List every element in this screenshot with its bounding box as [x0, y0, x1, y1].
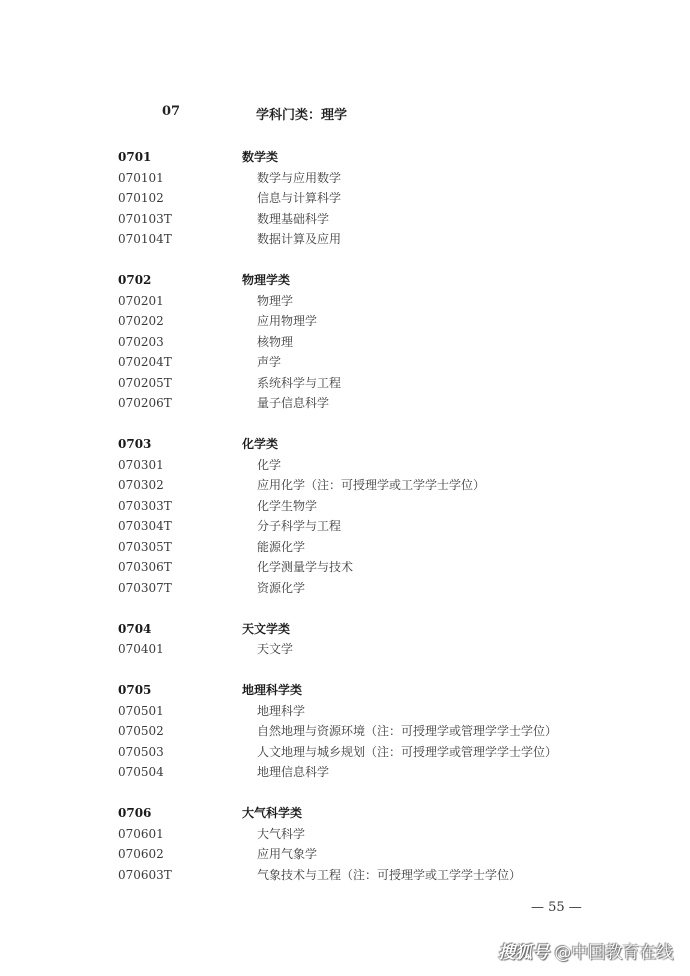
major-name: 分子科学与工程: [257, 516, 341, 537]
major-name: 资源化学: [257, 578, 305, 599]
category-code: 0701: [118, 147, 151, 168]
major-row: 070101数学与应用数学: [0, 168, 690, 189]
major-name: 天文学: [257, 639, 293, 660]
major-code: 070501: [118, 701, 164, 722]
major-name: 数学与应用数学: [257, 168, 341, 189]
major-row: 070503人文地理与城乡规划（注：可授理学或管理学学士学位）: [0, 742, 690, 763]
category-group: 0701数学类070101数学与应用数学070102信息与计算科学070103T…: [0, 147, 690, 250]
major-code: 070305T: [118, 537, 172, 558]
category-code: 0704: [118, 619, 151, 640]
category-group: 0704天文学类070401天文学: [0, 619, 690, 660]
major-code: 070306T: [118, 557, 172, 578]
category-group: 0703化学类070301化学070302应用化学（注：可授理学或工学学士学位）…: [0, 434, 690, 598]
major-code: 070206T: [118, 393, 172, 414]
category-name: 数学类: [242, 147, 278, 168]
major-name: 大气科学: [257, 824, 305, 845]
major-row: 070603T气象技术与工程（注：可授理学或工学学士学位）: [0, 865, 690, 886]
major-catalog-list: 0701数学类070101数学与应用数学070102信息与计算科学070103T…: [0, 147, 690, 906]
major-name: 物理学: [257, 291, 293, 312]
category-header-row: 0705地理科学类: [0, 680, 690, 701]
major-row: 070104T数据计算及应用: [0, 229, 690, 250]
major-row: 070103T数理基础科学: [0, 209, 690, 230]
major-row: 070202应用物理学: [0, 311, 690, 332]
major-row: 070306T化学测量学与技术: [0, 557, 690, 578]
major-name: 气象技术与工程（注：可授理学或工学学士学位）: [257, 865, 521, 886]
watermark-brand: 搜狐号: [498, 943, 549, 963]
category-name: 大气科学类: [242, 803, 302, 824]
major-code: 070205T: [118, 373, 172, 394]
major-name: 自然地理与资源环境（注：可授理学或管理学学士学位）: [257, 721, 557, 742]
discipline-code: 07: [162, 104, 180, 119]
major-row: 070204T声学: [0, 352, 690, 373]
page-number: — 55 —: [531, 900, 582, 915]
major-name: 核物理: [257, 332, 293, 353]
major-name: 数据计算及应用: [257, 229, 341, 250]
major-code: 070602: [118, 844, 164, 865]
major-name: 应用物理学: [257, 311, 317, 332]
major-row: 070205T系统科学与工程: [0, 373, 690, 394]
category-header-row: 0704天文学类: [0, 619, 690, 640]
major-name: 信息与计算科学: [257, 188, 341, 209]
category-header-row: 0702物理学类: [0, 270, 690, 291]
category-code: 0703: [118, 434, 151, 455]
major-name: 声学: [257, 352, 281, 373]
category-code: 0706: [118, 803, 151, 824]
major-row: 070601大气科学: [0, 824, 690, 845]
major-code: 070307T: [118, 578, 172, 599]
major-code: 070103T: [118, 209, 172, 230]
major-name: 化学生物学: [257, 496, 317, 517]
discipline-title: 学科门类：理学: [256, 104, 347, 123]
category-header-row: 0703化学类: [0, 434, 690, 455]
major-code: 070304T: [118, 516, 172, 537]
major-row: 070307T资源化学: [0, 578, 690, 599]
major-name: 应用气象学: [257, 844, 317, 865]
major-row: 070203核物理: [0, 332, 690, 353]
category-group: 0705地理科学类070501地理科学070502自然地理与资源环境（注：可授理…: [0, 680, 690, 783]
major-row: 070303T化学生物学: [0, 496, 690, 517]
major-name: 化学: [257, 455, 281, 476]
category-header-row: 0706大气科学类: [0, 803, 690, 824]
major-code: 070603T: [118, 865, 172, 886]
major-row: 070102信息与计算科学: [0, 188, 690, 209]
major-name: 地理信息科学: [257, 762, 329, 783]
major-row: 070302应用化学（注：可授理学或工学学士学位）: [0, 475, 690, 496]
category-name: 化学类: [242, 434, 278, 455]
major-name: 化学测量学与技术: [257, 557, 353, 578]
major-code: 070401: [118, 639, 164, 660]
major-row: 070201物理学: [0, 291, 690, 312]
major-code: 070204T: [118, 352, 172, 373]
category-group: 0706大气科学类070601大气科学070602应用气象学070603T气象技…: [0, 803, 690, 885]
major-code: 070302: [118, 475, 164, 496]
major-row: 070602应用气象学: [0, 844, 690, 865]
major-code: 070101: [118, 168, 164, 189]
major-code: 070504: [118, 762, 164, 783]
category-group: 0702物理学类070201物理学070202应用物理学070203核物理070…: [0, 270, 690, 414]
major-code: 070503: [118, 742, 164, 763]
major-code: 070203: [118, 332, 164, 353]
category-code: 0705: [118, 680, 151, 701]
major-row: 070504地理信息科学: [0, 762, 690, 783]
discipline-header: 07 学科门类：理学: [0, 104, 690, 126]
category-name: 物理学类: [242, 270, 290, 291]
category-header-row: 0701数学类: [0, 147, 690, 168]
major-name: 人文地理与城乡规划（注：可授理学或管理学学士学位）: [257, 742, 557, 763]
major-row: 070501地理科学: [0, 701, 690, 722]
watermark-handle: @中国教育在线: [554, 943, 673, 963]
major-code: 070502: [118, 721, 164, 742]
major-code: 070202: [118, 311, 164, 332]
category-name: 地理科学类: [242, 680, 302, 701]
major-code: 070201: [118, 291, 164, 312]
major-code: 070303T: [118, 496, 172, 517]
major-row: 070401天文学: [0, 639, 690, 660]
major-name: 应用化学（注：可授理学或工学学士学位）: [257, 475, 485, 496]
major-name: 地理科学: [257, 701, 305, 722]
major-name: 数理基础科学: [257, 209, 329, 230]
major-row: 070301化学: [0, 455, 690, 476]
watermark: 搜狐号 @中国教育在线: [498, 938, 673, 963]
major-row: 070304T分子科学与工程: [0, 516, 690, 537]
major-name: 系统科学与工程: [257, 373, 341, 394]
major-code: 070102: [118, 188, 164, 209]
major-code: 070301: [118, 455, 164, 476]
major-row: 070502自然地理与资源环境（注：可授理学或管理学学士学位）: [0, 721, 690, 742]
major-row: 070305T能源化学: [0, 537, 690, 558]
major-name: 能源化学: [257, 537, 305, 558]
major-code: 070601: [118, 824, 164, 845]
major-code: 070104T: [118, 229, 172, 250]
major-row: 070206T量子信息科学: [0, 393, 690, 414]
major-name: 量子信息科学: [257, 393, 329, 414]
category-code: 0702: [118, 270, 151, 291]
category-name: 天文学类: [242, 619, 290, 640]
